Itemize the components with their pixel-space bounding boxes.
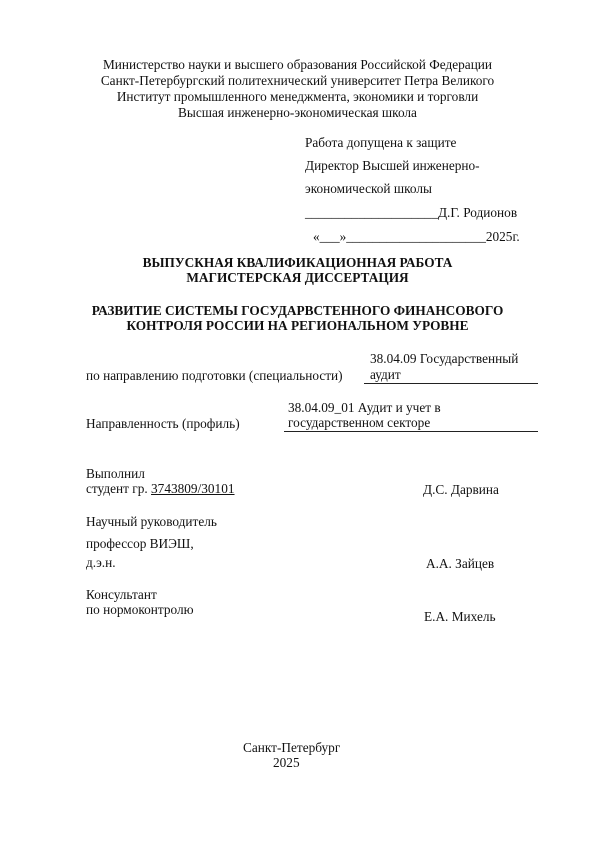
- university-line: Санкт-Петербургский политехнический унив…: [0, 73, 595, 89]
- consultant-label-1: Консультант: [86, 587, 157, 603]
- supervisor-title-2: д.э.н.: [86, 555, 116, 571]
- institute-line: Институт промышленного менеджмента, экон…: [0, 89, 595, 105]
- direction-value-line-1: 38.04.09 Государственный: [370, 351, 518, 367]
- ministry-line: Министерство науки и высшего образования…: [0, 57, 595, 73]
- school-line: Высшая инженерно-экономическая школа: [0, 105, 595, 121]
- thesis-topic-line-2: КОНТРОЛЯ РОССИИ НА РЕГИОНАЛЬНОМ УРОВНЕ: [0, 318, 595, 334]
- direction-value-line-2: аудит: [364, 367, 538, 384]
- approval-date-line: «___»_____________________2025г.: [313, 229, 520, 245]
- profile-label: Направленность (профиль): [86, 416, 240, 432]
- work-type-line-2: МАГИСТЕРСКАЯ ДИССЕРТАЦИЯ: [0, 270, 595, 286]
- profile-value-line-1: 38.04.09_01 Аудит и учет в: [288, 400, 441, 416]
- approval-signature-row: ____________________Д.Г. Родионов: [305, 205, 517, 221]
- supervisor-name: А.А. Зайцев: [426, 556, 494, 572]
- approval-line-3: экономической школы: [305, 181, 432, 197]
- student-prefix: студент гр.: [86, 481, 148, 496]
- approval-line-1: Работа допущена к защите: [305, 135, 456, 151]
- student-group-row: студент гр. 3743809/30101: [86, 481, 235, 497]
- supervisor-label: Научный руководитель: [86, 514, 217, 530]
- profile-value-line-2: государственном секторе: [284, 415, 538, 432]
- approval-line-2: Директор Высшей инженерно-: [305, 158, 480, 174]
- supervisor-title-1: профессор ВИЭШ,: [86, 536, 194, 552]
- consultant-name: Е.А. Михель: [424, 609, 496, 625]
- student-name: Д.С. Дарвина: [423, 482, 499, 498]
- signature-blank: ____________________: [305, 205, 438, 220]
- city: Санкт-Петербург: [243, 740, 340, 756]
- group-number: 3743809/30101: [151, 481, 234, 496]
- year: 2025: [273, 755, 300, 771]
- consultant-label-2: по нормоконтролю: [86, 602, 194, 618]
- thesis-topic-line-1: РАЗВИТИЕ СИСТЕМЫ ГОСУДАРВСТЕННОГО ФИНАНС…: [0, 303, 595, 319]
- performer-label: Выполнил: [86, 466, 145, 482]
- direction-label: по направлению подготовки (специальности…: [86, 368, 343, 384]
- work-type-line-1: ВЫПУСКНАЯ КВАЛИФИКАЦИОННАЯ РАБОТА: [0, 255, 595, 271]
- director-name: Д.Г. Родионов: [438, 205, 517, 220]
